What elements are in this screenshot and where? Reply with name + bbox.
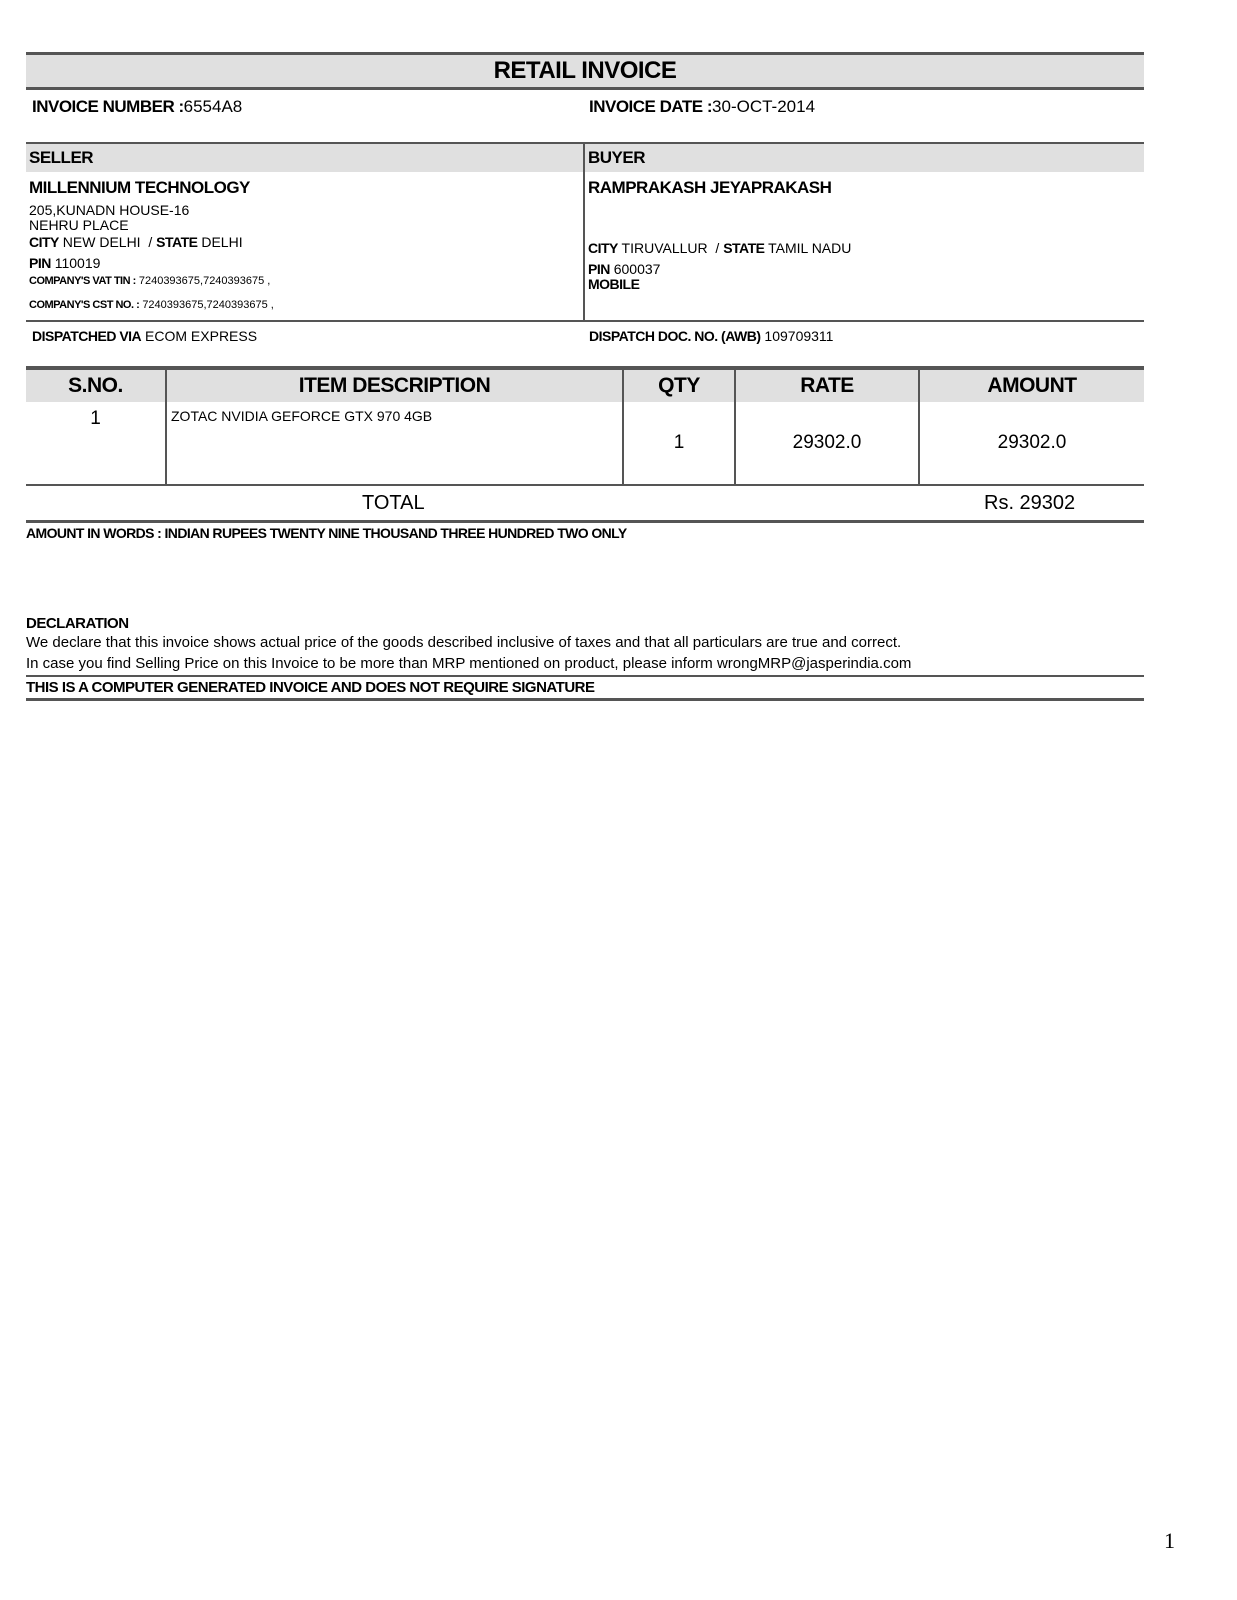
total-value: Rs. 29302 xyxy=(984,492,1075,515)
buyer-pin: PIN 600037 xyxy=(588,261,660,277)
seller-cst-label: COMPANY'S CST NO. : xyxy=(29,299,139,311)
item-description: ZOTAC NVIDIA GEFORCE GTX 970 4GB xyxy=(166,402,623,485)
total-label: TOTAL xyxy=(362,492,425,515)
buyer-city-label: CITY xyxy=(588,240,618,256)
seller-city: NEW DELHI xyxy=(63,234,141,250)
items-table-header: S.NO. ITEM DESCRIPTION QTY RATE AMOUNT xyxy=(26,369,1144,402)
seller-name: MILLENNIUM TECHNOLOGY xyxy=(29,178,250,198)
seller-city-state: CITY NEW DELHI / STATE DELHI xyxy=(29,234,243,250)
buyer-pin-label: PIN xyxy=(588,261,610,277)
dispatch-doc-label: DISPATCH DOC. NO. (AWB) xyxy=(589,328,761,344)
seller-city-label: CITY xyxy=(29,234,59,250)
dispatch-row: DISPATCHED VIA ECOM EXPRESS DISPATCH DOC… xyxy=(26,322,1144,368)
item-qty: 1 xyxy=(623,402,735,485)
invoice-title: RETAIL INVOICE xyxy=(26,52,1144,90)
buyer-name: RAMPRAKASH JEYAPRAKASH xyxy=(588,178,831,198)
column-header-qty: QTY xyxy=(623,369,735,402)
dispatched-via: DISPATCHED VIA ECOM EXPRESS xyxy=(32,328,257,344)
column-header-rate: RATE xyxy=(735,369,919,402)
seller-vat-label: COMPANY'S VAT TIN : xyxy=(29,275,136,287)
seller-buyer-section: SELLER BUYER MILLENNIUM TECHNOLOGY 205,K… xyxy=(26,142,1144,322)
seller-pin: PIN 110019 xyxy=(29,255,100,271)
buyer-state-label: STATE xyxy=(723,240,764,256)
buyer-mobile-label: MOBILE xyxy=(588,276,639,292)
item-amount: 29302.0 xyxy=(919,402,1144,485)
amount-in-words: AMOUNT IN WORDS : INDIAN RUPEES TWENTY N… xyxy=(26,525,1144,541)
invoice-date: INVOICE DATE :30-OCT-2014 xyxy=(589,97,815,117)
seller-cst-value: 7240393675,7240393675 , xyxy=(142,299,274,311)
seller-state: DELHI xyxy=(201,234,242,250)
invoice-page: RETAIL INVOICE INVOICE NUMBER :6554A8 IN… xyxy=(26,52,1144,701)
seller-header: SELLER xyxy=(26,144,583,172)
column-header-amount: AMOUNT xyxy=(919,369,1144,402)
table-row: 1 ZOTAC NVIDIA GEFORCE GTX 970 4GB 1 293… xyxy=(26,402,1144,485)
dispatch-doc-value: 109709311 xyxy=(764,328,833,344)
buyer-city: TIRUVALLUR xyxy=(622,240,708,256)
seller-vat-value: 7240393675,7240393675 , xyxy=(139,275,271,287)
column-header-description: ITEM DESCRIPTION xyxy=(166,369,623,402)
seller-vat: COMPANY'S VAT TIN : 7240393675,724039367… xyxy=(29,275,270,287)
seller-pin-label: PIN xyxy=(29,255,51,271)
buyer-city-state: CITY TIRUVALLUR / STATE TAMIL NADU xyxy=(588,240,851,256)
dispatched-via-value: ECOM EXPRESS xyxy=(145,328,257,344)
invoice-date-value: 30-OCT-2014 xyxy=(712,97,815,116)
item-rate: 29302.0 xyxy=(735,402,919,485)
item-sno: 1 xyxy=(26,402,166,485)
column-header-sno: S.NO. xyxy=(26,369,166,402)
seller-address-line1: 205,KUNADN HOUSE-16 xyxy=(29,202,189,218)
buyer-header: BUYER xyxy=(585,144,1144,172)
buyer-state: TAMIL NADU xyxy=(768,240,851,256)
seller-cst: COMPANY'S CST NO. : 7240393675,724039367… xyxy=(29,299,274,311)
invoice-number-value: 6554A8 xyxy=(184,97,243,116)
party-divider xyxy=(583,144,585,320)
items-table: S.NO. ITEM DESCRIPTION QTY RATE AMOUNT 1… xyxy=(26,368,1144,486)
invoice-date-label: INVOICE DATE : xyxy=(589,97,712,116)
total-row: TOTAL Rs. 29302 xyxy=(26,486,1144,523)
declaration-line1: We declare that this invoice shows actua… xyxy=(26,632,1144,653)
seller-pin-value: 110019 xyxy=(55,255,101,271)
invoice-number-label: INVOICE NUMBER : xyxy=(32,97,184,116)
page-number: 1 xyxy=(1164,1528,1175,1554)
seller-state-label: STATE xyxy=(156,234,197,250)
invoice-meta-row: INVOICE NUMBER :6554A8 INVOICE DATE :30-… xyxy=(26,90,1144,142)
invoice-number: INVOICE NUMBER :6554A8 xyxy=(32,97,242,117)
declaration-line2: In case you find Selling Price on this I… xyxy=(26,653,1144,674)
dispatch-doc: DISPATCH DOC. NO. (AWB) 109709311 xyxy=(589,328,833,344)
declaration-title: DECLARATION xyxy=(26,615,1144,632)
buyer-pin-value: 600037 xyxy=(614,261,661,277)
seller-address-line2: NEHRU PLACE xyxy=(29,217,129,233)
dispatched-via-label: DISPATCHED VIA xyxy=(32,328,141,344)
computer-generated-note: THIS IS A COMPUTER GENERATED INVOICE AND… xyxy=(26,675,1144,701)
